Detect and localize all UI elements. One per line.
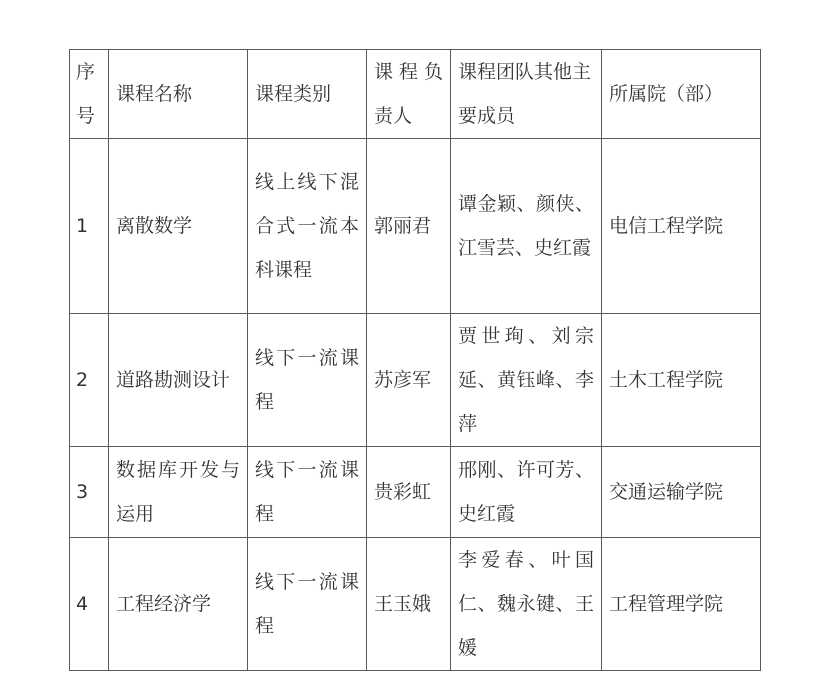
header-department: 所属院（部） [602, 50, 761, 139]
course-table: 序号 课程名称 课程类别 课程负责人 课程团队其他主要成员 所属院（部） 1 离… [69, 49, 761, 671]
cell-members: 谭金颖、颜侠、江雪芸、史红霞 [451, 139, 602, 314]
header-row: 序号 课程名称 课程类别 课程负责人 课程团队其他主要成员 所属院（部） [70, 50, 761, 139]
cell-leader: 贵彩虹 [367, 447, 451, 538]
cell-department: 电信工程学院 [602, 139, 761, 314]
cell-members: 李爱春、叶国仁、魏永键、王媛 [451, 538, 602, 671]
cell-members: 邢刚、许可芳、史红霞 [451, 447, 602, 538]
cell-course-name: 离散数学 [109, 139, 248, 314]
cell-department: 土木工程学院 [602, 314, 761, 447]
header-index: 序号 [70, 50, 109, 139]
header-category: 课程类别 [248, 50, 367, 139]
table-row: 4 工程经济学 线下一流课程 王玉娥 李爱春、叶国仁、魏永键、王媛 工程管理学院 [70, 538, 761, 671]
cell-members: 贾世珣、刘宗延、黄钰峰、李萍 [451, 314, 602, 447]
table-row: 2 道路勘测设计 线下一流课程 苏彦军 贾世珣、刘宗延、黄钰峰、李萍 土木工程学… [70, 314, 761, 447]
cell-index: 1 [70, 139, 109, 314]
header-course-name: 课程名称 [109, 50, 248, 139]
cell-index: 4 [70, 538, 109, 671]
cell-leader: 王玉娥 [367, 538, 451, 671]
cell-course-name: 道路勘测设计 [109, 314, 248, 447]
cell-leader: 郭丽君 [367, 139, 451, 314]
table-row: 1 离散数学 线上线下混合式一流本科课程 郭丽君 谭金颖、颜侠、江雪芸、史红霞 … [70, 139, 761, 314]
table-row: 3 数据库开发与运用 线下一流课程 贵彩虹 邢刚、许可芳、史红霞 交通运输学院 [70, 447, 761, 538]
cell-category: 线下一流课程 [248, 538, 367, 671]
header-leader: 课程负责人 [367, 50, 451, 139]
cell-leader: 苏彦军 [367, 314, 451, 447]
cell-index: 3 [70, 447, 109, 538]
cell-category: 线下一流课程 [248, 314, 367, 447]
cell-department: 工程管理学院 [602, 538, 761, 671]
cell-category: 线下一流课程 [248, 447, 367, 538]
cell-category: 线上线下混合式一流本科课程 [248, 139, 367, 314]
cell-course-name: 数据库开发与运用 [109, 447, 248, 538]
cell-index: 2 [70, 314, 109, 447]
cell-course-name: 工程经济学 [109, 538, 248, 671]
cell-department: 交通运输学院 [602, 447, 761, 538]
header-members: 课程团队其他主要成员 [451, 50, 602, 139]
